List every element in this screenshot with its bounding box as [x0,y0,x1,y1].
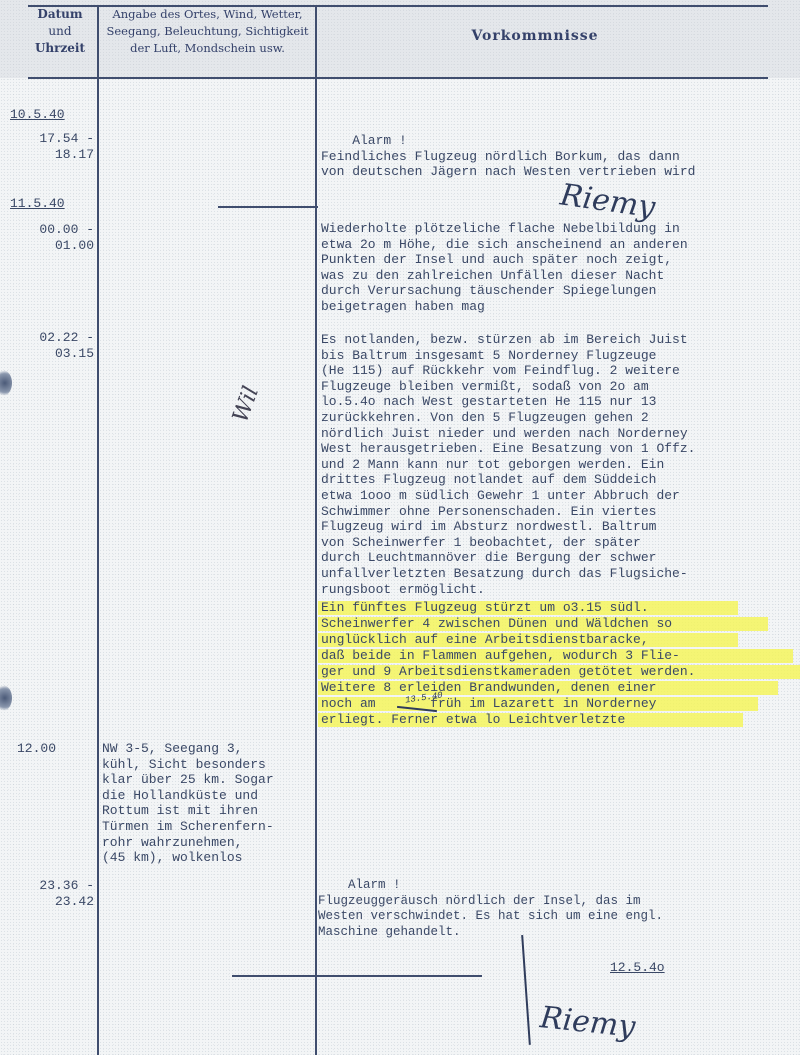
column-divider-1 [97,5,99,1055]
margin-initials: Wil [228,383,264,426]
event-line: noch am früh im Lazarett in Norderney [321,696,695,712]
event-line: durch Verursachung täuschender Spiegelun… [321,283,688,299]
event-line: beigetragen haben mag [321,299,688,315]
event-line: von Scheinwerfer 1 beobachtet, der späte… [321,535,695,551]
location-line: kühl, Sicht besonders [102,757,274,773]
entry-date: 11.5.40 [10,196,65,212]
header-rule [28,77,768,79]
closing-date: 12.5.4o [610,960,665,976]
header-location-line: Angabe des Ortes, Wind, Wetter, [100,6,315,23]
event-line: rungsboot ermöglicht. [321,582,695,598]
header-location-line: Seegang, Beleuchtung, Sichtigkeit [100,23,315,40]
location-line: (45 km), wolkenlos [102,850,274,866]
section-rule-2 [232,975,482,977]
header-date-line: Uhrzeit [25,40,95,57]
header-location-line: der Luft, Mondschein usw. [100,40,315,57]
location-line: rohr wahrzunehmen, [102,835,274,851]
event-line: West herausgetrieben. Eine Besatzung von… [321,441,695,457]
event-line: bis Baltrum insgesamt 5 Norderney Flugze… [321,348,695,364]
signature-1: Riemy [558,178,657,226]
event-line: (He 115) auf Rückkehr vom Feindflug. 2 w… [321,363,695,379]
location-line: Rottum ist mit ihren [102,803,274,819]
event-line: von deutschen Jägern nach Westen vertrie… [321,164,695,180]
header-events: Vorkommnisse [320,28,750,45]
hole-punch [0,685,12,711]
event-line: Flugzeuge bleiben vermißt, sodaß von 2o … [321,379,695,395]
event-line: nördlich Juist nieder und werden nach No… [321,426,695,442]
event-line: Alarm ! [321,133,695,149]
event-line: ger und 9 Arbeitsdienstkameraden getötet… [321,664,695,680]
event-line: was zu den zahlreichen Unfällen dieser N… [321,268,688,284]
header-date-line: und [25,23,95,40]
location-line: die Hollandküste und [102,788,274,804]
event-line: drittes Flugzeug notlandet auf dem Südde… [321,472,695,488]
location-line: NW 3-5, Seegang 3, [102,741,274,757]
entry-time-start: 00.00 - [20,222,94,238]
event-line: durch Leuchtmannöver die Bergung der sch… [321,550,695,566]
section-rule-1 [218,206,318,208]
event-line: Es notlanden, bezw. stürzen ab im Bereic… [321,332,695,348]
event-line: unfallverletzten Besatzung durch das Flu… [321,566,695,582]
entry-events: Alarm ! Feindliches Flugzeug nördlich Bo… [321,133,695,180]
header-date-line: Datum [25,6,95,23]
header-location: Angabe des Ortes, Wind, Wetter, Seegang,… [100,6,315,57]
entry-date: 10.5.40 [10,107,65,123]
event-line: Feindliches Flugzeug nördlich Borkum, da… [321,149,695,165]
event-line: etwa 2o m Höhe, die sich anscheinend an … [321,237,688,253]
location-line: Türmen im Scherenfern- [102,819,274,835]
entry-time-end: 03.15 [20,346,94,362]
hole-punch [0,370,12,396]
event-line: Maschine gehandelt. [318,925,663,941]
entry-events: Es notlanden, bezw. stürzen ab im Bereic… [321,332,695,597]
event-line: Weitere 8 erleiden Brandwunden, denen ei… [321,680,695,696]
event-line: etwa 1ooo m südlich Gewehr 1 unter Abbru… [321,488,695,504]
event-line: Flugzeuggeräusch nördlich der Insel, das… [318,894,663,910]
entry-time-end: 23.42 [20,894,94,910]
signature-stroke [521,935,530,1045]
entry-time-end: 01.00 [20,238,94,254]
event-line: erliegt. Ferner etwa lo Leichtverletzte [321,712,695,728]
event-line: Wiederholte plötzeliche flache Nebelbild… [321,221,688,237]
event-line: Scheinwerfer 4 zwischen Dünen und Wäldch… [321,616,695,632]
event-line: zurückkehren. Von den 5 Flugzeugen gehen… [321,410,695,426]
event-line: lo.5.4o nach West gestarteten He 115 nur… [321,394,695,410]
event-line: und 2 Mann kann nur tot geborgen werden.… [321,457,695,473]
event-line: daß beide in Flammen aufgehen, wodurch 3… [321,648,695,664]
event-line: Schwimmer ohne Personenschaden. Ein vier… [321,504,695,520]
column-divider-2 [315,5,317,1055]
entry-time-start: 12.00 [17,741,56,757]
entry-location: NW 3-5, Seegang 3, kühl, Sicht besonders… [102,741,274,866]
event-line: Ein fünftes Flugzeug stürzt um o3.15 süd… [321,600,695,616]
entry-time-start: 23.36 - [20,878,94,894]
entry-time-start: 17.54 - [20,131,94,147]
entry-time-start: 02.22 - [20,330,94,346]
event-line: unglücklich auf eine Arbeitsdienstbarack… [321,632,695,648]
entry-events: Alarm ! Flugzeuggeräusch nördlich der In… [318,878,663,940]
event-line: Alarm ! [318,878,663,894]
event-line: Punkten der Insel und auch später noch z… [321,252,688,268]
location-line: klar über 25 km. Sogar [102,772,274,788]
signature-2: Riemy [538,1000,636,1045]
entry-time-end: 18.17 [20,147,94,163]
event-line: Westen verschwindet. Es hat sich um eine… [318,909,663,925]
header-date-time: Datum und Uhrzeit [25,6,95,57]
entry-events: Wiederholte plötzeliche flache Nebelbild… [321,221,688,315]
event-line: Flugzeug wird im Absturz nordwestl. Balt… [321,519,695,535]
highlighted-events: Ein fünftes Flugzeug stürzt um o3.15 süd… [321,600,695,728]
